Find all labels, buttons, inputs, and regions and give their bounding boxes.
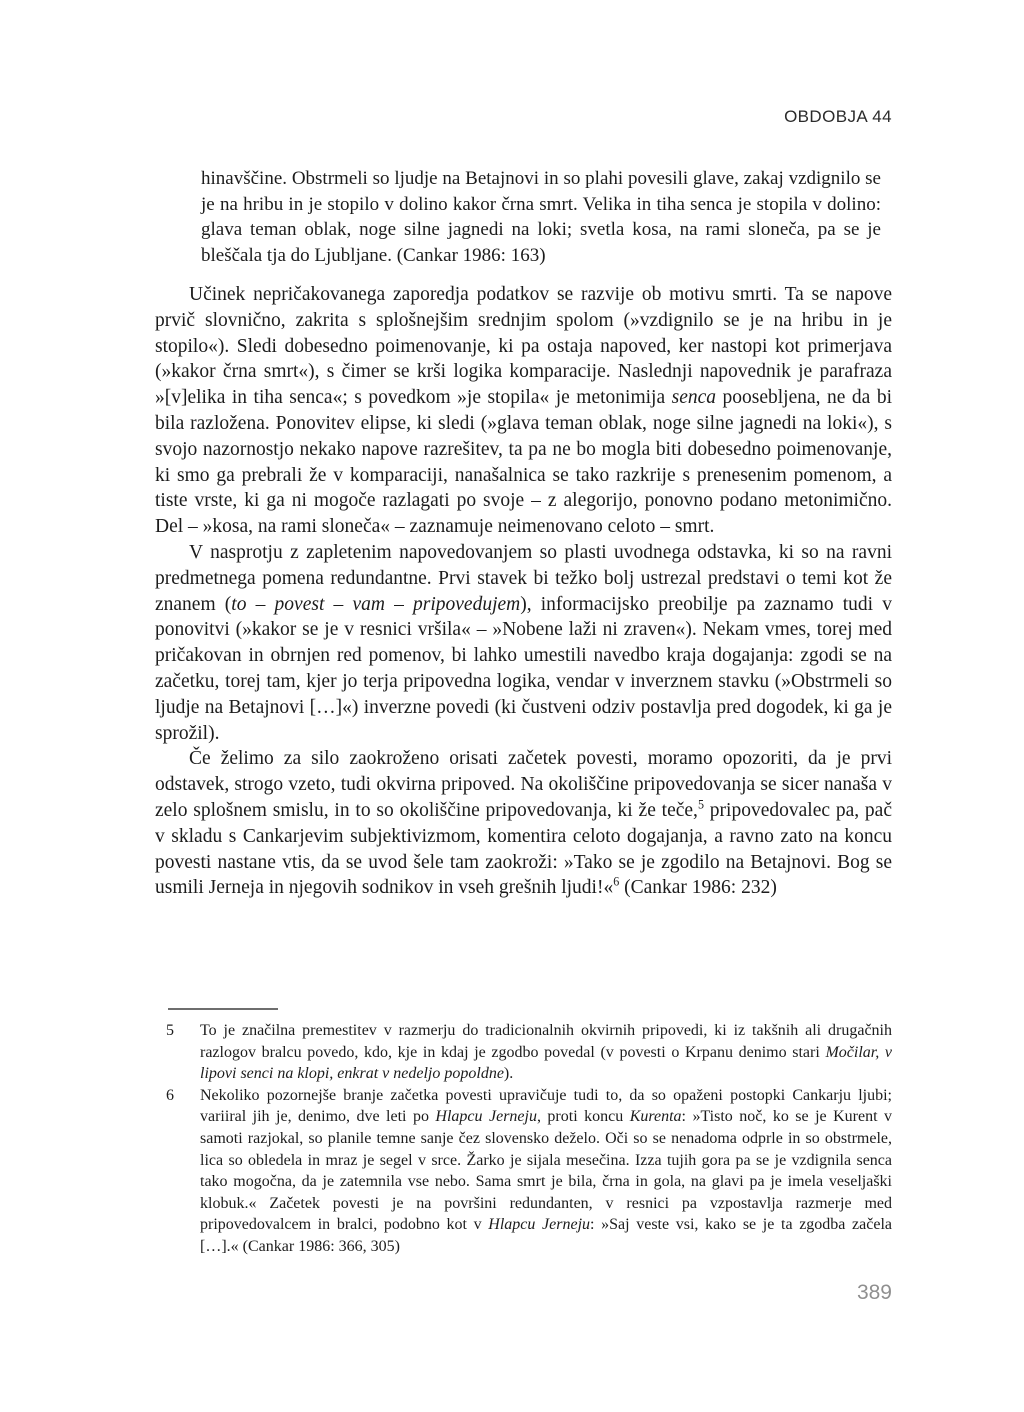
footnote-6: 6 Nekoliko pozornejše branje začetka pov… [166,1085,892,1258]
page-number: 389 [155,1281,892,1305]
running-head: OBDOBJA 44 [155,107,892,127]
body-paragraph-2: V nasprotju z zapletenim napovedovanjem … [155,540,892,746]
page-number-value: 389 [857,1281,892,1304]
body-paragraph-3: Če želimo za silo zaokroženo orisati zač… [155,746,892,901]
journal-title: OBDOBJA 44 [784,107,892,126]
block-quote: hinavščine. Obstrmeli so ljudje na Betaj… [201,166,881,269]
body-text: Učinek nepričakovanega zaporedja podatko… [155,282,892,901]
footnote-text: Nekoliko pozornejše branje začetka poves… [200,1085,892,1258]
document-page: OBDOBJA 44 hinavščine. Obstrmeli so ljud… [0,0,1024,1412]
footnote-number: 6 [166,1085,200,1107]
footnote-divider [168,1008,278,1010]
footnotes: 5 To je značilna premestitev v razmerju … [166,1020,892,1258]
footnote-text: To je značilna premestitev v razmerju do… [200,1020,892,1085]
footnote-5: 5 To je značilna premestitev v razmerju … [166,1020,892,1085]
body-paragraph-1: Učinek nepričakovanega zaporedja podatko… [155,282,892,540]
footnote-number: 5 [166,1020,200,1042]
